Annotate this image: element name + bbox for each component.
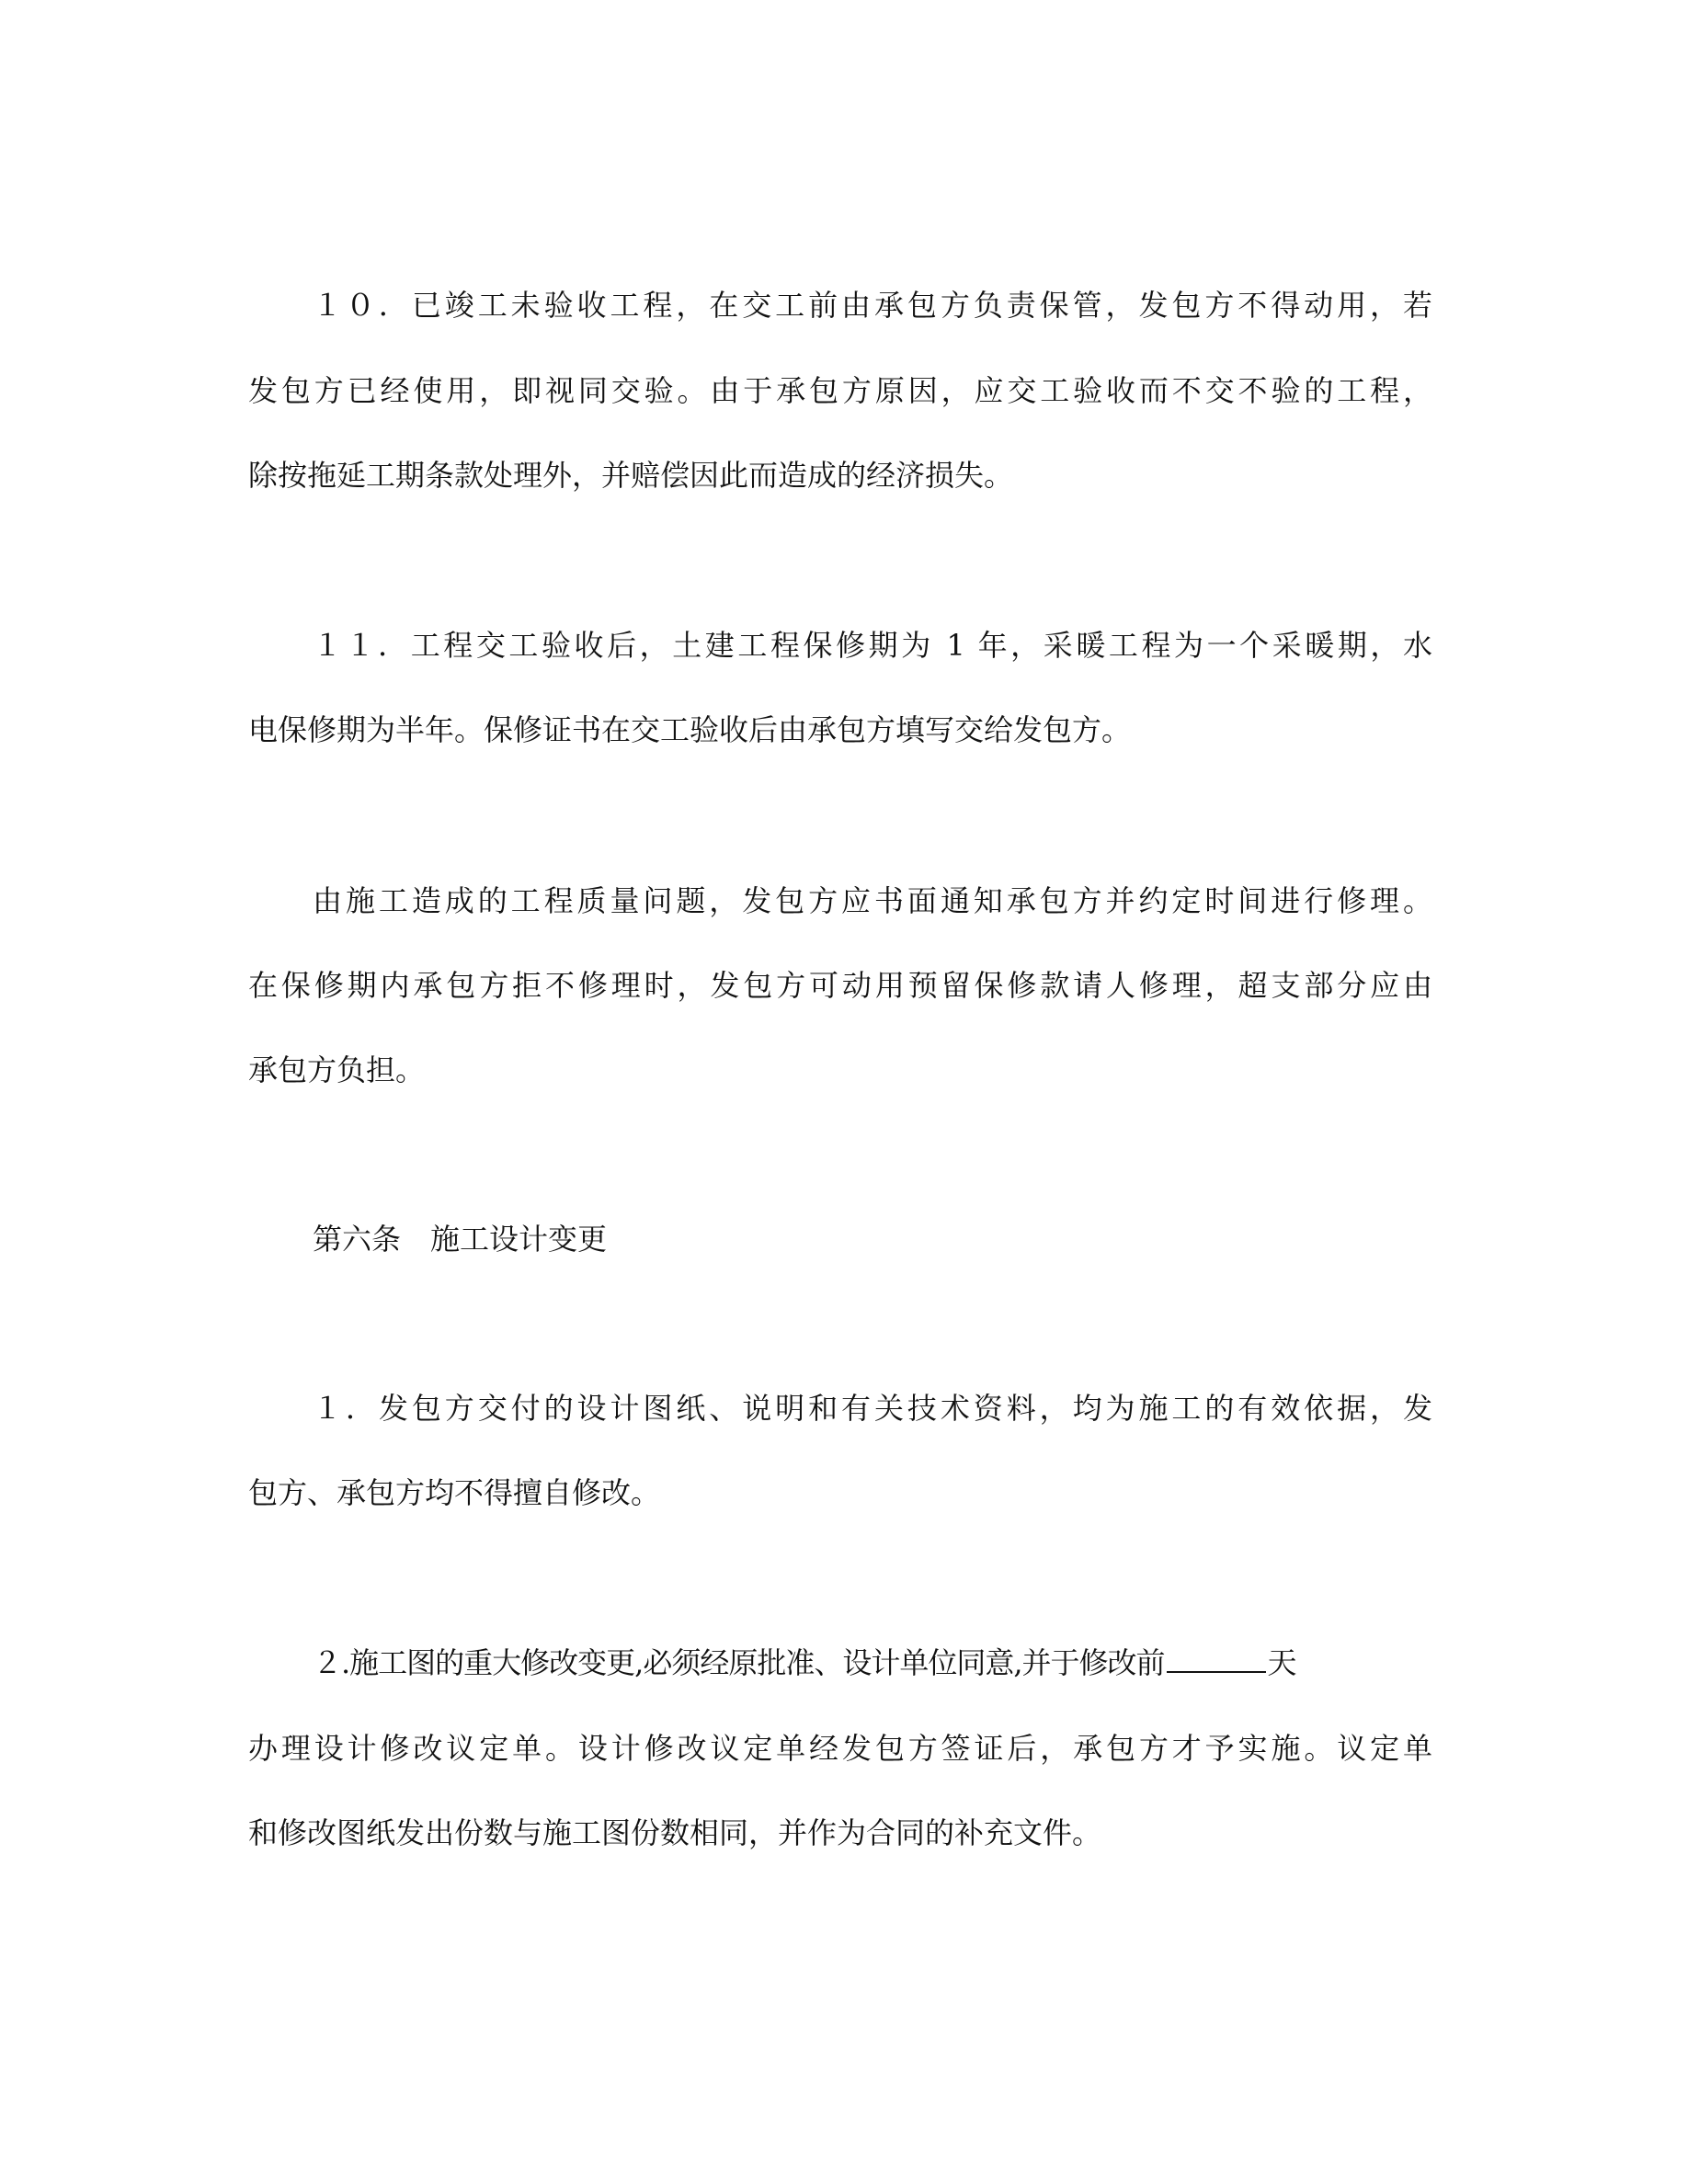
clause-6-1-line-1: １．发包方交付的设计图纸、说明和有关技术资料，均为施工的有效依据，发 bbox=[313, 1388, 1432, 1428]
document-page: １０．已竣工未验收工程，在交工前由承包方负责保管，发包方不得动用，若 发包方已经… bbox=[0, 0, 1688, 2184]
clause-6-2-line-2: 办理设计修改议定单。设计修改议定单经发包方签证后，承包方才予实施。议定单 bbox=[248, 1728, 1432, 1769]
clause-11-line-1: １１．工程交工验收后，土建工程保修期为 1 年，采暖工程为一个采暖期，水 bbox=[313, 625, 1432, 665]
clause-10-line-2: 发包方已经使用，即视同交验。由于承包方原因，应交工验收而不交不验的工程， bbox=[248, 370, 1432, 411]
clause-6-2-line-1: ２.施工图的重大修改变更,必须经原批准、设计单位同意,并于修改前天 bbox=[313, 1643, 1432, 1683]
clause-6-2-text-after-blank: 天 bbox=[1268, 1645, 1296, 1680]
clause-10-line-3: 除按拖延工期条款处理外，并赔偿因此而造成的经济损失。 bbox=[248, 455, 1432, 495]
quality-repair-line-3: 承包方负担。 bbox=[248, 1050, 1432, 1090]
article-6-heading: 第六条 施工设计变更 bbox=[313, 1219, 607, 1259]
clause-6-2-text-before-blank: ２.施工图的重大修改变更,必须经原批准、设计单位同意,并于修改前 bbox=[313, 1645, 1165, 1680]
clause-6-1-line-2: 包方、承包方均不得擅自修改。 bbox=[248, 1473, 1432, 1513]
clause-11-line-2: 电保修期为半年。保修证书在交工验收后由承包方填写交给发包方。 bbox=[248, 710, 1432, 750]
quality-repair-line-1: 由施工造成的工程质量问题，发包方应书面通知承包方并约定时间进行修理。 bbox=[313, 881, 1432, 921]
clause-6-2-line-3: 和修改图纸发出份数与施工图份数相同，并作为合同的补充文件。 bbox=[248, 1813, 1432, 1853]
days-blank-field bbox=[1167, 1644, 1266, 1673]
quality-repair-line-2: 在保修期内承包方拒不修理时，发包方可动用预留保修款请人修理，超支部分应由 bbox=[248, 965, 1432, 1006]
clause-10-line-1: １０．已竣工未验收工程，在交工前由承包方负责保管，发包方不得动用，若 bbox=[313, 285, 1432, 325]
